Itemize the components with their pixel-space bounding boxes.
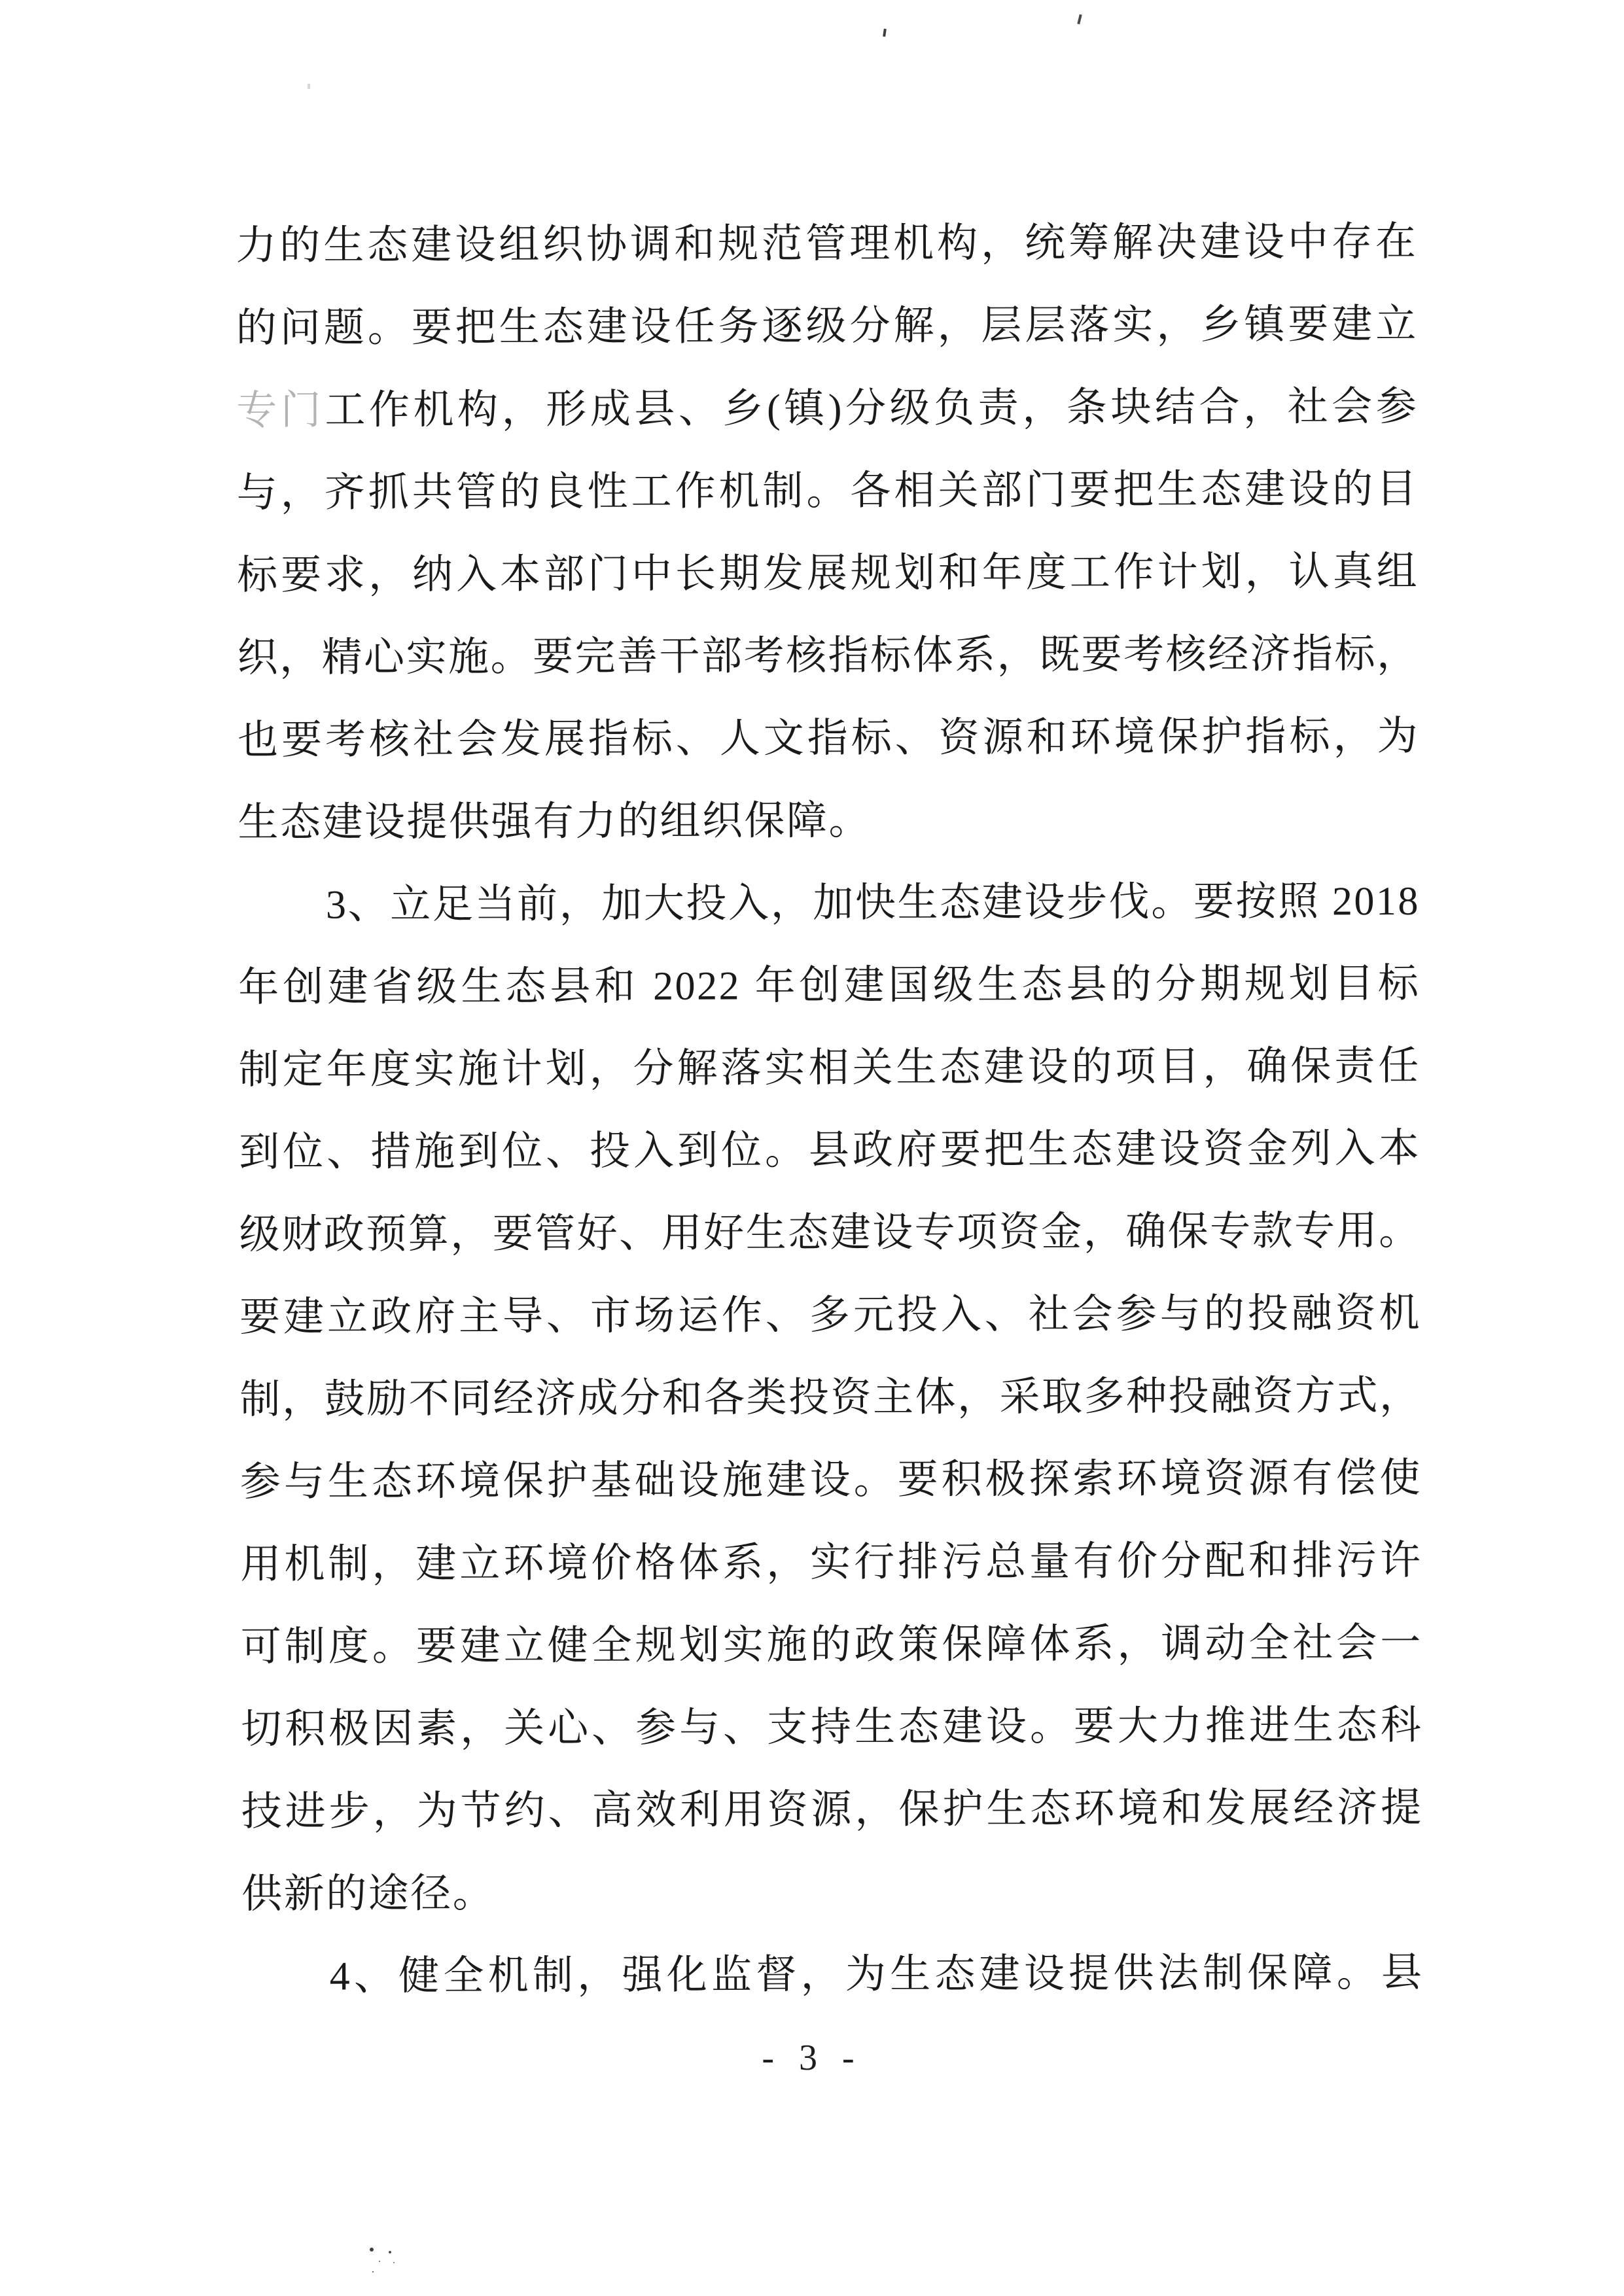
scan-speck — [883, 29, 887, 37]
body-line: 制，鼓励不同经济成分和各类投资主体，采取多种投融资方式， — [239, 1355, 1421, 1441]
body-line: 标要求，纳入本部门中长期发展规划和年度工作计划，认真组 — [237, 531, 1419, 617]
scan-speck — [1077, 14, 1082, 25]
scan-speck — [308, 84, 310, 89]
body-line: 切积极因素，关心、参与、支持生态建设。要大力推进生态科 — [241, 1684, 1422, 1771]
body-line: 与，齐抓共管的良性工作机制。各相关部门要把生态建设的目 — [236, 448, 1418, 534]
body-line: 专门工作机构，形成县、乡(镇)分级负责，条块结合，社会参 — [236, 366, 1418, 452]
body-line: 年创建省级生态县和 2022 年创建国级生态县的分期规划目标 — [238, 943, 1420, 1029]
body-text: 力的生态建设组织协调和规范管理机构，统筹解决建设中存在的问题。要把生态建设任务逐… — [236, 201, 1424, 2018]
body-line: 3、立足当前，加大投入，加快生态建设步伐。要按照 2018 — [238, 860, 1420, 947]
body-line: 用机制，建立环境价格体系，实行排污总量有价分配和排污许 — [240, 1520, 1422, 1606]
document-page: 力的生态建设组织协调和规范管理机构，统筹解决建设中存在的问题。要把生态建设任务逐… — [0, 0, 1624, 2296]
body-line: 到位、措施到位、投入到位。县政府要把生态建设资金列入本 — [239, 1107, 1421, 1194]
body-line: 力的生态建设组织协调和规范管理机构，统筹解决建设中存在 — [236, 201, 1417, 287]
body-line: 4、健全机制，强化监督，为生态建设提供法制保障。县 — [241, 1932, 1423, 2018]
body-line: 可制度。要建立健全规划实施的政策保障体系，调动全社会一 — [241, 1602, 1422, 1688]
body-line: 制定年度实施计划，分解落实相关生态建设的项目，确保责任 — [239, 1025, 1421, 1111]
body-line: 技进步，为节约、高效利用资源，保护生态环境和发展经济提 — [241, 1767, 1423, 1853]
body-line: 生态建设提供强有力的组织保障。 — [238, 778, 1419, 864]
body-line: 供新的途径。 — [241, 1849, 1423, 1936]
body-line: 的问题。要把生态建设任务逐级分解，层层落实，乡镇要建立 — [236, 283, 1418, 370]
body-line: 级财政预算，要管好、用好生态建设专项资金，确保专款专用。 — [239, 1190, 1421, 1276]
faded-scan-text: 专门 — [236, 389, 325, 433]
body-line: 也要考核社会发展指标、人文指标、资源和环境保护指标，为 — [238, 695, 1419, 782]
ink-blot-speck — [370, 2248, 374, 2252]
page-number: - 3 - — [714, 2032, 910, 2084]
body-line: 要建立政府主导、市场运作、多元投入、社会参与的投融资机 — [239, 1272, 1421, 1359]
body-line: 织，精心实施。要完善干部考核指标体系，既要考核经济指标， — [237, 613, 1419, 699]
body-line: 参与生态环境保护基础设施建设。要积极探索环境资源有偿使 — [240, 1437, 1422, 1523]
